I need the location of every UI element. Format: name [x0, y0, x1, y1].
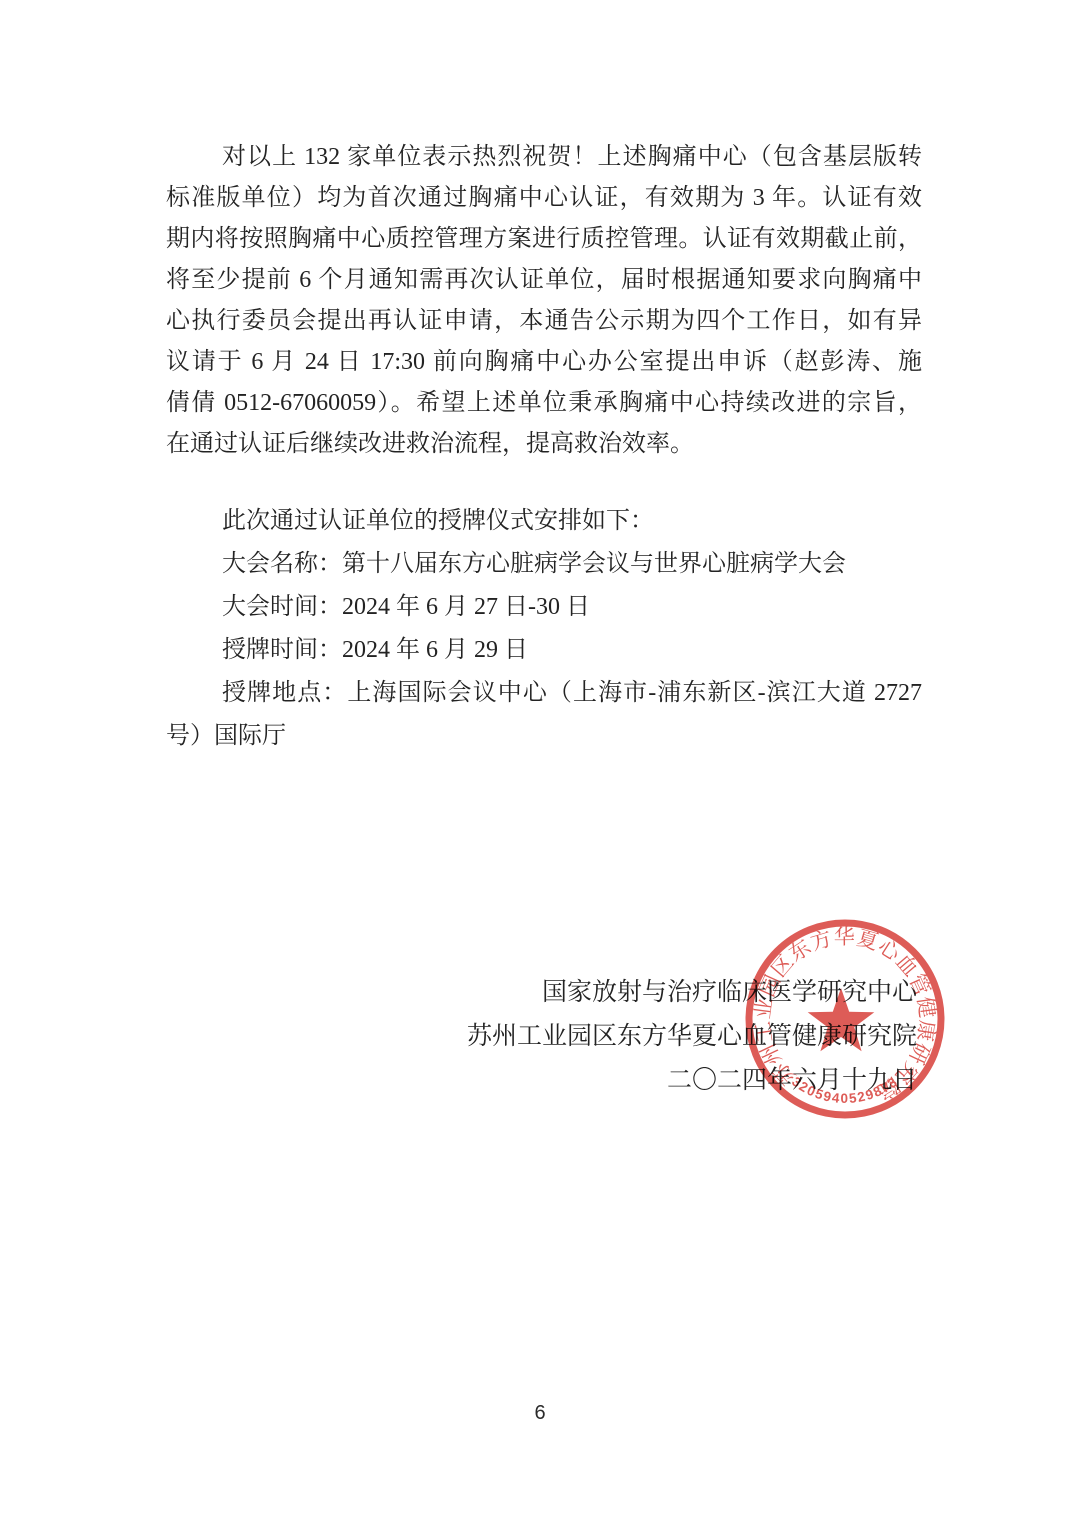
ceremony-conference-date: 大会时间：2024 年 6 月 27 日-30 日	[166, 586, 922, 629]
paragraph-line-4: 将至少提前 6 个月通知需再次认证单位，届时根据通知要求向胸痛中	[166, 260, 922, 301]
ceremony-award-venue: 授牌地点：上海国际会议中心（上海市-浦东新区-滨江大道 2727	[166, 672, 922, 715]
paragraph-line-2: 标准版单位）均为首次通过胸痛中心认证，有效期为 3 年。认证有效	[166, 178, 922, 219]
paragraph-line-1: 对以上 132 家单位表示热烈祝贺！上述胸痛中心（包含基层版转	[166, 137, 922, 178]
ceremony-details: 此次通过认证单位的授牌仪式安排如下： 大会名称：第十八届东方心脏病学会议与世界心…	[166, 500, 922, 758]
seal-star-icon	[808, 988, 875, 1051]
ceremony-award-date: 授牌时间：2024 年 6 月 29 日	[166, 629, 922, 672]
paragraph-line-8: 在通过认证后继续改进救治流程，提高救治效率。	[166, 424, 922, 465]
paragraph-line-7: 倩倩 0512-67060059）。希望上述单位秉承胸痛中心持续改进的宗旨，	[166, 383, 922, 424]
ceremony-conference-name: 大会名称：第十八届东方心脏病学会议与世界心脏病学大会	[166, 543, 922, 586]
paragraph-line-3: 期内将按照胸痛中心质控管理方案进行质控管理。认证有效期截止前，	[166, 219, 922, 260]
page-number: 6	[0, 1402, 1080, 1425]
official-seal: 苏州工业园区东方华夏心血管健康研究院 3205940529873	[742, 916, 948, 1122]
paragraph-line-5: 心执行委员会提出再认证申请，本通告公示期为四个工作日，如有异	[166, 301, 922, 342]
document-page: 对以上 132 家单位表示热烈祝贺！上述胸痛中心（包含基层版转 标准版单位）均为…	[0, 0, 1080, 1522]
ceremony-intro: 此次通过认证单位的授牌仪式安排如下：	[166, 500, 922, 543]
paragraph-line-6: 议请于 6 月 24 日 17:30 前向胸痛中心办公室提出申诉（赵彭涛、施	[166, 342, 922, 383]
ceremony-venue-continued: 号）国际厅	[166, 715, 922, 758]
body-paragraph: 对以上 132 家单位表示热烈祝贺！上述胸痛中心（包含基层版转 标准版单位）均为…	[166, 137, 922, 465]
